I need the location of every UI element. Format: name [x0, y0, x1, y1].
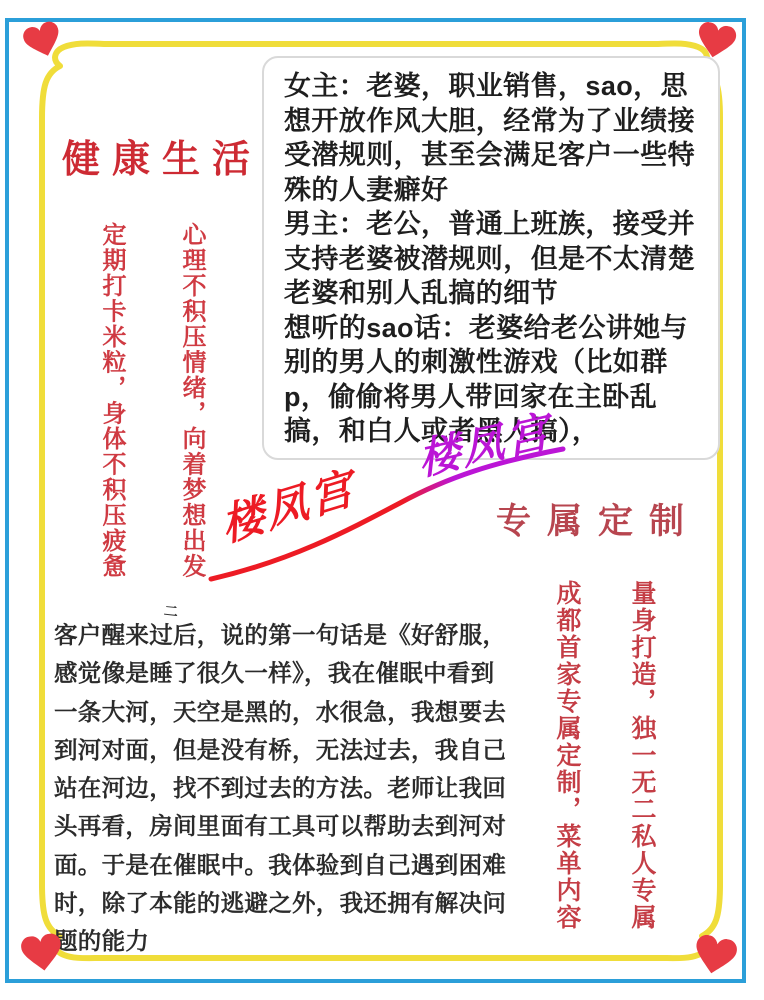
- story-paragraph: 客户醒来过后，说的第一句话是《好舒服， 感觉像是睡了很久一样》，我在催眠中看到 …: [54, 616, 528, 961]
- right-title: 专属定制: [496, 494, 700, 544]
- poster-canvas: 女主：老婆，职业销售，sao，思 想开放作风大胆，经常为了业绩接 受潜规则，甚至…: [0, 0, 764, 1000]
- heart-icon: [20, 932, 65, 973]
- right-vertical-slogan-1: 成都首家专属定制，菜单内容: [549, 580, 585, 931]
- right-vertical-slogan-2: 量身打造，独一无二私人专属: [624, 580, 660, 931]
